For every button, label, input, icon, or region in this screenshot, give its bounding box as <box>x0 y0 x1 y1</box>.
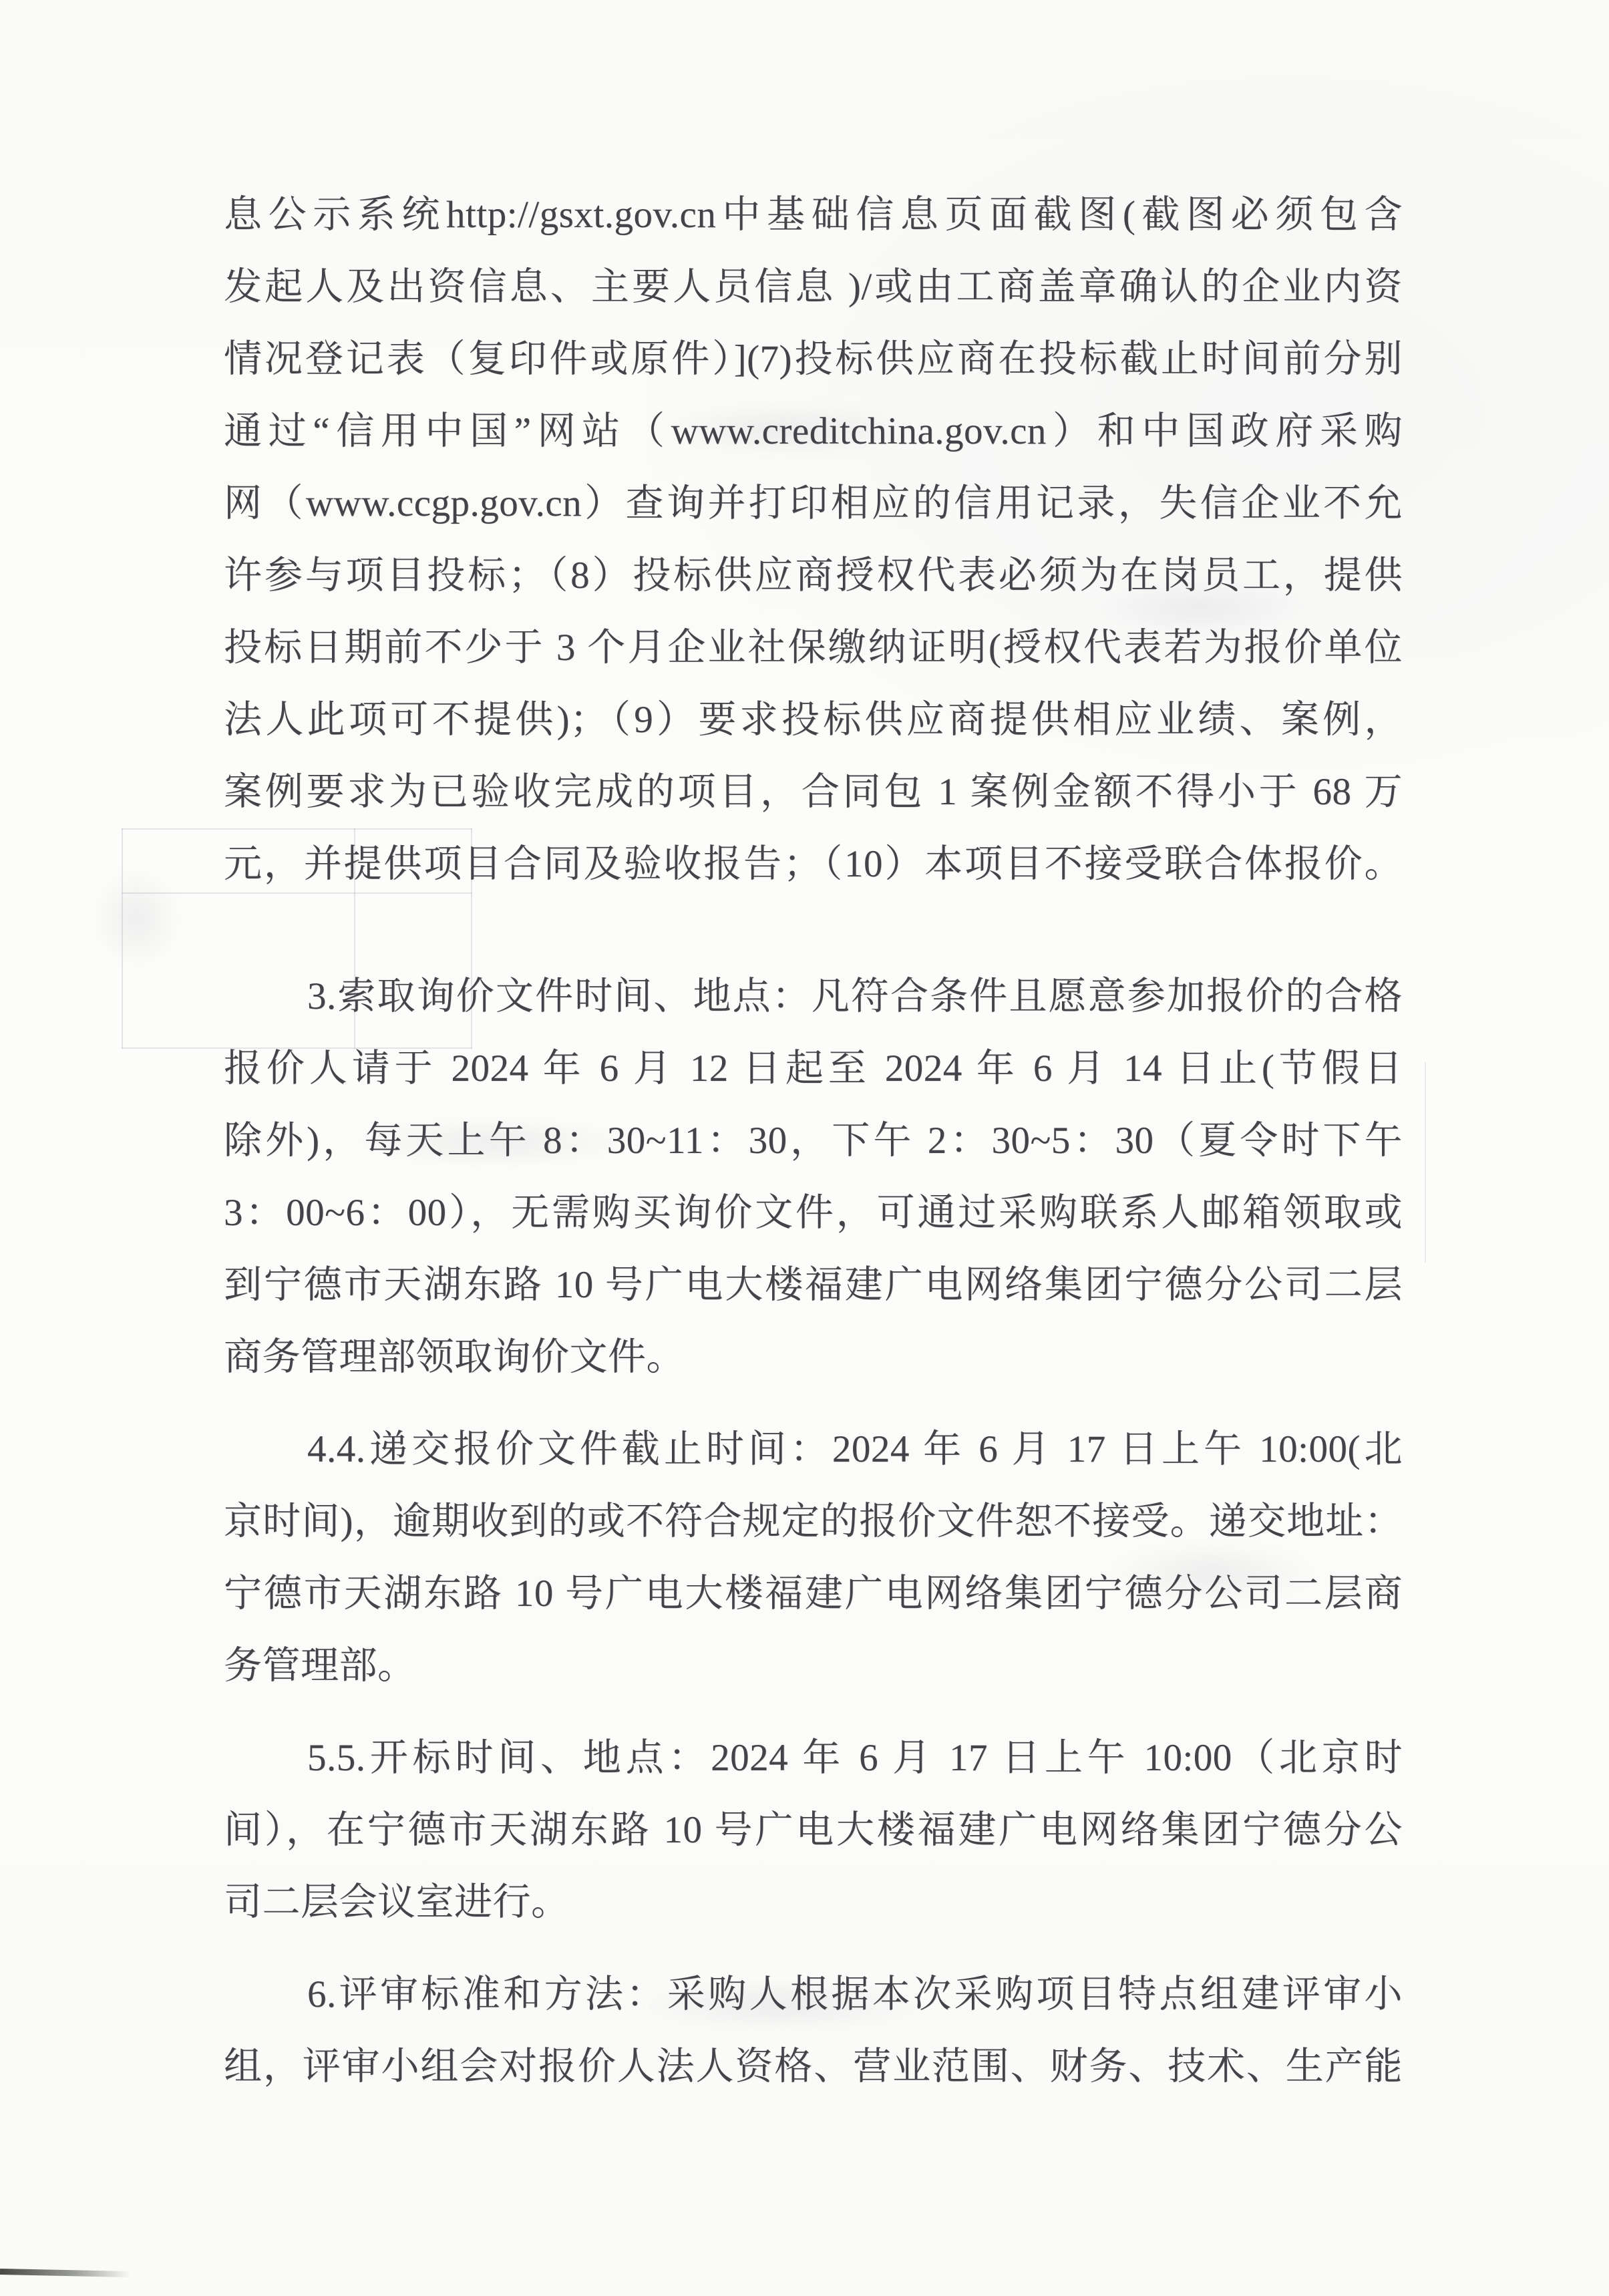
text-line-paragraph-start: 6.评审标准和方法：采购人根据本次采购项目特点组建评审小 <box>224 1959 1403 2031</box>
text-line: 网（www.ccgp.gov.cn）查询并打印相应的信用记录，失信企业不允 <box>224 468 1403 540</box>
text-line: 司二层会议室进行。 <box>224 1866 1403 1939</box>
document-text-block: 息公示系统http://gsxt.gov.cn中基础信息页面截图(截图必须包含 … <box>224 179 1403 2103</box>
scan-artifact <box>73 848 200 989</box>
text-line-paragraph-start: 4.4.递交报价文件截止时间：2024 年 6 月 17 日上午 10:00(北 <box>224 1414 1403 1486</box>
text-line: 到宁德市天湖东路 10 号广电大楼福建广电网络集团宁德分公司二层 <box>224 1249 1403 1321</box>
text-line: 京时间)，逾期收到的或不符合规定的报价文件恕不接受。递交地址： <box>224 1486 1403 1558</box>
text-line: 商务管理部领取询价文件。 <box>224 1321 1403 1393</box>
text-line: 宁德市天湖东路 10 号广电大楼福建广电网络集团宁德分公司二层商 <box>224 1558 1403 1630</box>
scanner-edge-streak <box>0 2269 130 2277</box>
text-line-paragraph-start: 3.索取询价文件时间、地点：凡符合条件且愿意参加报价的合格 <box>224 961 1403 1033</box>
text-line: 组，评审小组会对报价人法人资格、营业范围、财务、技术、生产能 <box>224 2031 1403 2103</box>
text-line: 元，并提供项目合同及验收报告；（10）本项目不接受联合体报价。 <box>224 828 1403 900</box>
text-line: 3：00~6：00），无需购买询价文件，可通过采购联系人邮箱领取或 <box>224 1177 1403 1249</box>
text-line: 发起人及出资信息、主要人员信息 )/或由工商盖章确认的企业内资 <box>224 251 1403 323</box>
text-line: 许参与项目投标；（8）投标供应商授权代表必须为在岗员工，提供 <box>224 540 1403 612</box>
text-line: 案例要求为已验收完成的项目，合同包 1 案例金额不得小于 68 万 <box>224 756 1403 828</box>
text-line: 法人此项可不提供)；（9）要求投标供应商提供相应业绩、案例， <box>224 684 1403 756</box>
text-line: 务管理部。 <box>224 1630 1403 1702</box>
text-line: 息公示系统http://gsxt.gov.cn中基础信息页面截图(截图必须包含 <box>224 179 1403 251</box>
text-line-paragraph-start: 5.5.开标时间、地点：2024 年 6 月 17 日上午 10:00（北京时 <box>224 1722 1403 1794</box>
text-line: 通过“信用中国”网站（www.creditchina.gov.cn）和中国政府采… <box>224 395 1403 468</box>
text-line: 情况登记表（复印件或原件）](7)投标供应商在投标截止时间前分别 <box>224 323 1403 395</box>
text-line: 除外)，每天上午 8：30~11：30，下午 2：30~5：30（夏令时下午 <box>224 1105 1403 1177</box>
text-line: 报价人请于 2024 年 6 月 12 日起至 2024 年 6 月 14 日止… <box>224 1033 1403 1105</box>
text-line: 间），在宁德市天湖东路 10 号广电大楼福建广电网络集团宁德分公 <box>224 1794 1403 1866</box>
text-line: 投标日期前不少于 3 个月企业社保缴纳证明(授权代表若为报价单位 <box>224 612 1403 684</box>
bleed-through-line <box>1425 1062 1426 1263</box>
scanned-document-page: 息公示系统http://gsxt.gov.cn中基础信息页面截图(截图必须包含 … <box>0 0 1609 2296</box>
